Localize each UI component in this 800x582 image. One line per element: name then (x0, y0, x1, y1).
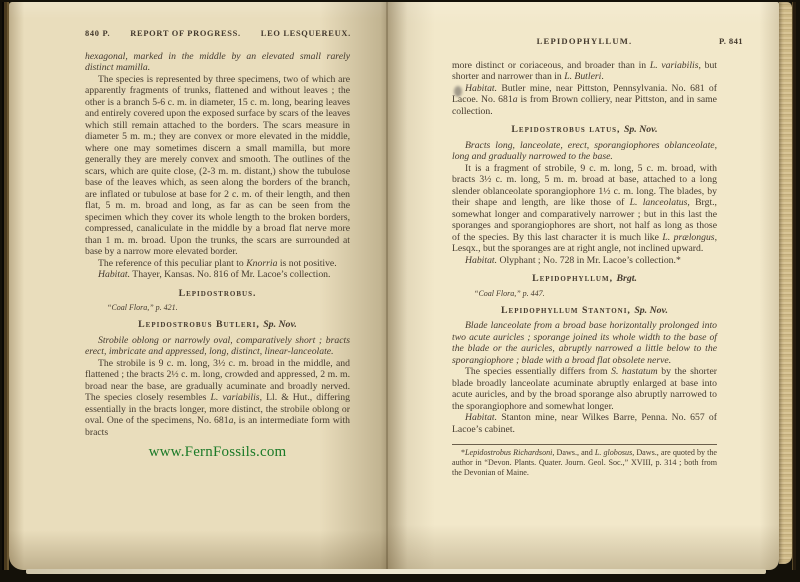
page-stack-fore-edge (779, 2, 792, 564)
heading-lepidophyllum-genus: Lepidophyllum, Brgt. (452, 273, 717, 285)
left-page: 840 P. REPORT OF PROGRESS. LEO LESQUEREU… (9, 2, 388, 570)
book-spread: 840 P. REPORT OF PROGRESS. LEO LESQUEREU… (2, 2, 796, 570)
running-title-left: REPORT OF PROGRESS. (130, 28, 241, 40)
heading-lepidophyllum-stantoni: Lepidophyllum Stantoni, Sp. Nov. (452, 305, 717, 317)
paragraph-stantoni-diagnosis: Blade lanceolate from a broad base horiz… (452, 320, 717, 366)
heading-lepidostrobus-butleri: Lepidostrobus Butleri, Sp. Nov. (85, 319, 350, 331)
book-scan-photo: 840 P. REPORT OF PROGRESS. LEO LESQUEREU… (0, 0, 800, 582)
paragraph-latus-description: It is a fragment of strobile, 9 c. m. lo… (452, 163, 717, 255)
running-header-left: 840 P. REPORT OF PROGRESS. LEO LESQUEREU… (85, 28, 350, 40)
watermark-fernfossils: www.FernFossils.com (85, 447, 350, 459)
running-title-right: LEPIDOPHYLLUM. (537, 36, 633, 46)
paragraph-latus-diagnosis: Bracts long, lanceolate, erect, sporangi… (452, 140, 717, 163)
running-author: LEO LESQUEREUX. (261, 28, 351, 40)
footnote-richardsoni: *Lepidostrobus Richardsoni, Daws., and L… (452, 444, 717, 478)
paragraph-knorria-note: The reference of this peculiar plant to … (85, 258, 350, 270)
reference-coal-flora-447: “Coal Flora,” p. 447. (474, 289, 717, 298)
book-cover-edge-right (792, 2, 796, 570)
paragraph-stantoni-description: The species essentially differs from S. … (452, 366, 717, 412)
page-stack-bottom-edge (26, 569, 766, 574)
page-number-right: P. 841 (719, 36, 743, 48)
paragraph-butleri-diagnosis: Strobile oblong or narrowly oval, compar… (85, 335, 350, 358)
paragraph-species-description: The species is represented by three spec… (85, 74, 350, 258)
ink-smudge (454, 86, 462, 97)
paragraph-carryover-butleri: more distinct or coriaceous, and broader… (452, 60, 717, 83)
paragraph-carryover-italic: hexagonal, marked in the middle by an el… (85, 51, 350, 74)
right-page: LEPIDOPHYLLUM. P. 841 more distinct or c… (388, 2, 779, 570)
running-header-right: LEPIDOPHYLLUM. P. 841 (452, 36, 717, 48)
book-cover-edge-left (2, 2, 9, 570)
paragraph-habitat-thayer: Habitat. Thayer, Kansas. No. 816 of Mr. … (85, 269, 350, 281)
heading-lepidostrobus-genus: Lepidostrobus. (85, 288, 350, 300)
paragraph-butleri-description: The strobile is 9 c. m. long, 3½ c. m. b… (85, 358, 350, 439)
reference-coal-flora-421: “Coal Flora,” p. 421. (107, 303, 350, 312)
page-number-left: 840 P. (85, 28, 110, 40)
paragraph-habitat-stanton: Habitat. Stanton mine, near Wilkes Barre… (452, 412, 717, 435)
heading-lepidostrobus-latus: Lepidostrobus latus, Sp. Nov. (452, 124, 717, 136)
paragraph-habitat-butler: Habitat. Butler mine, near Pittston, Pen… (452, 83, 717, 118)
paragraph-habitat-olyphant: Habitat. Olyphant ; No. 728 in Mr. Lacoe… (452, 255, 717, 267)
